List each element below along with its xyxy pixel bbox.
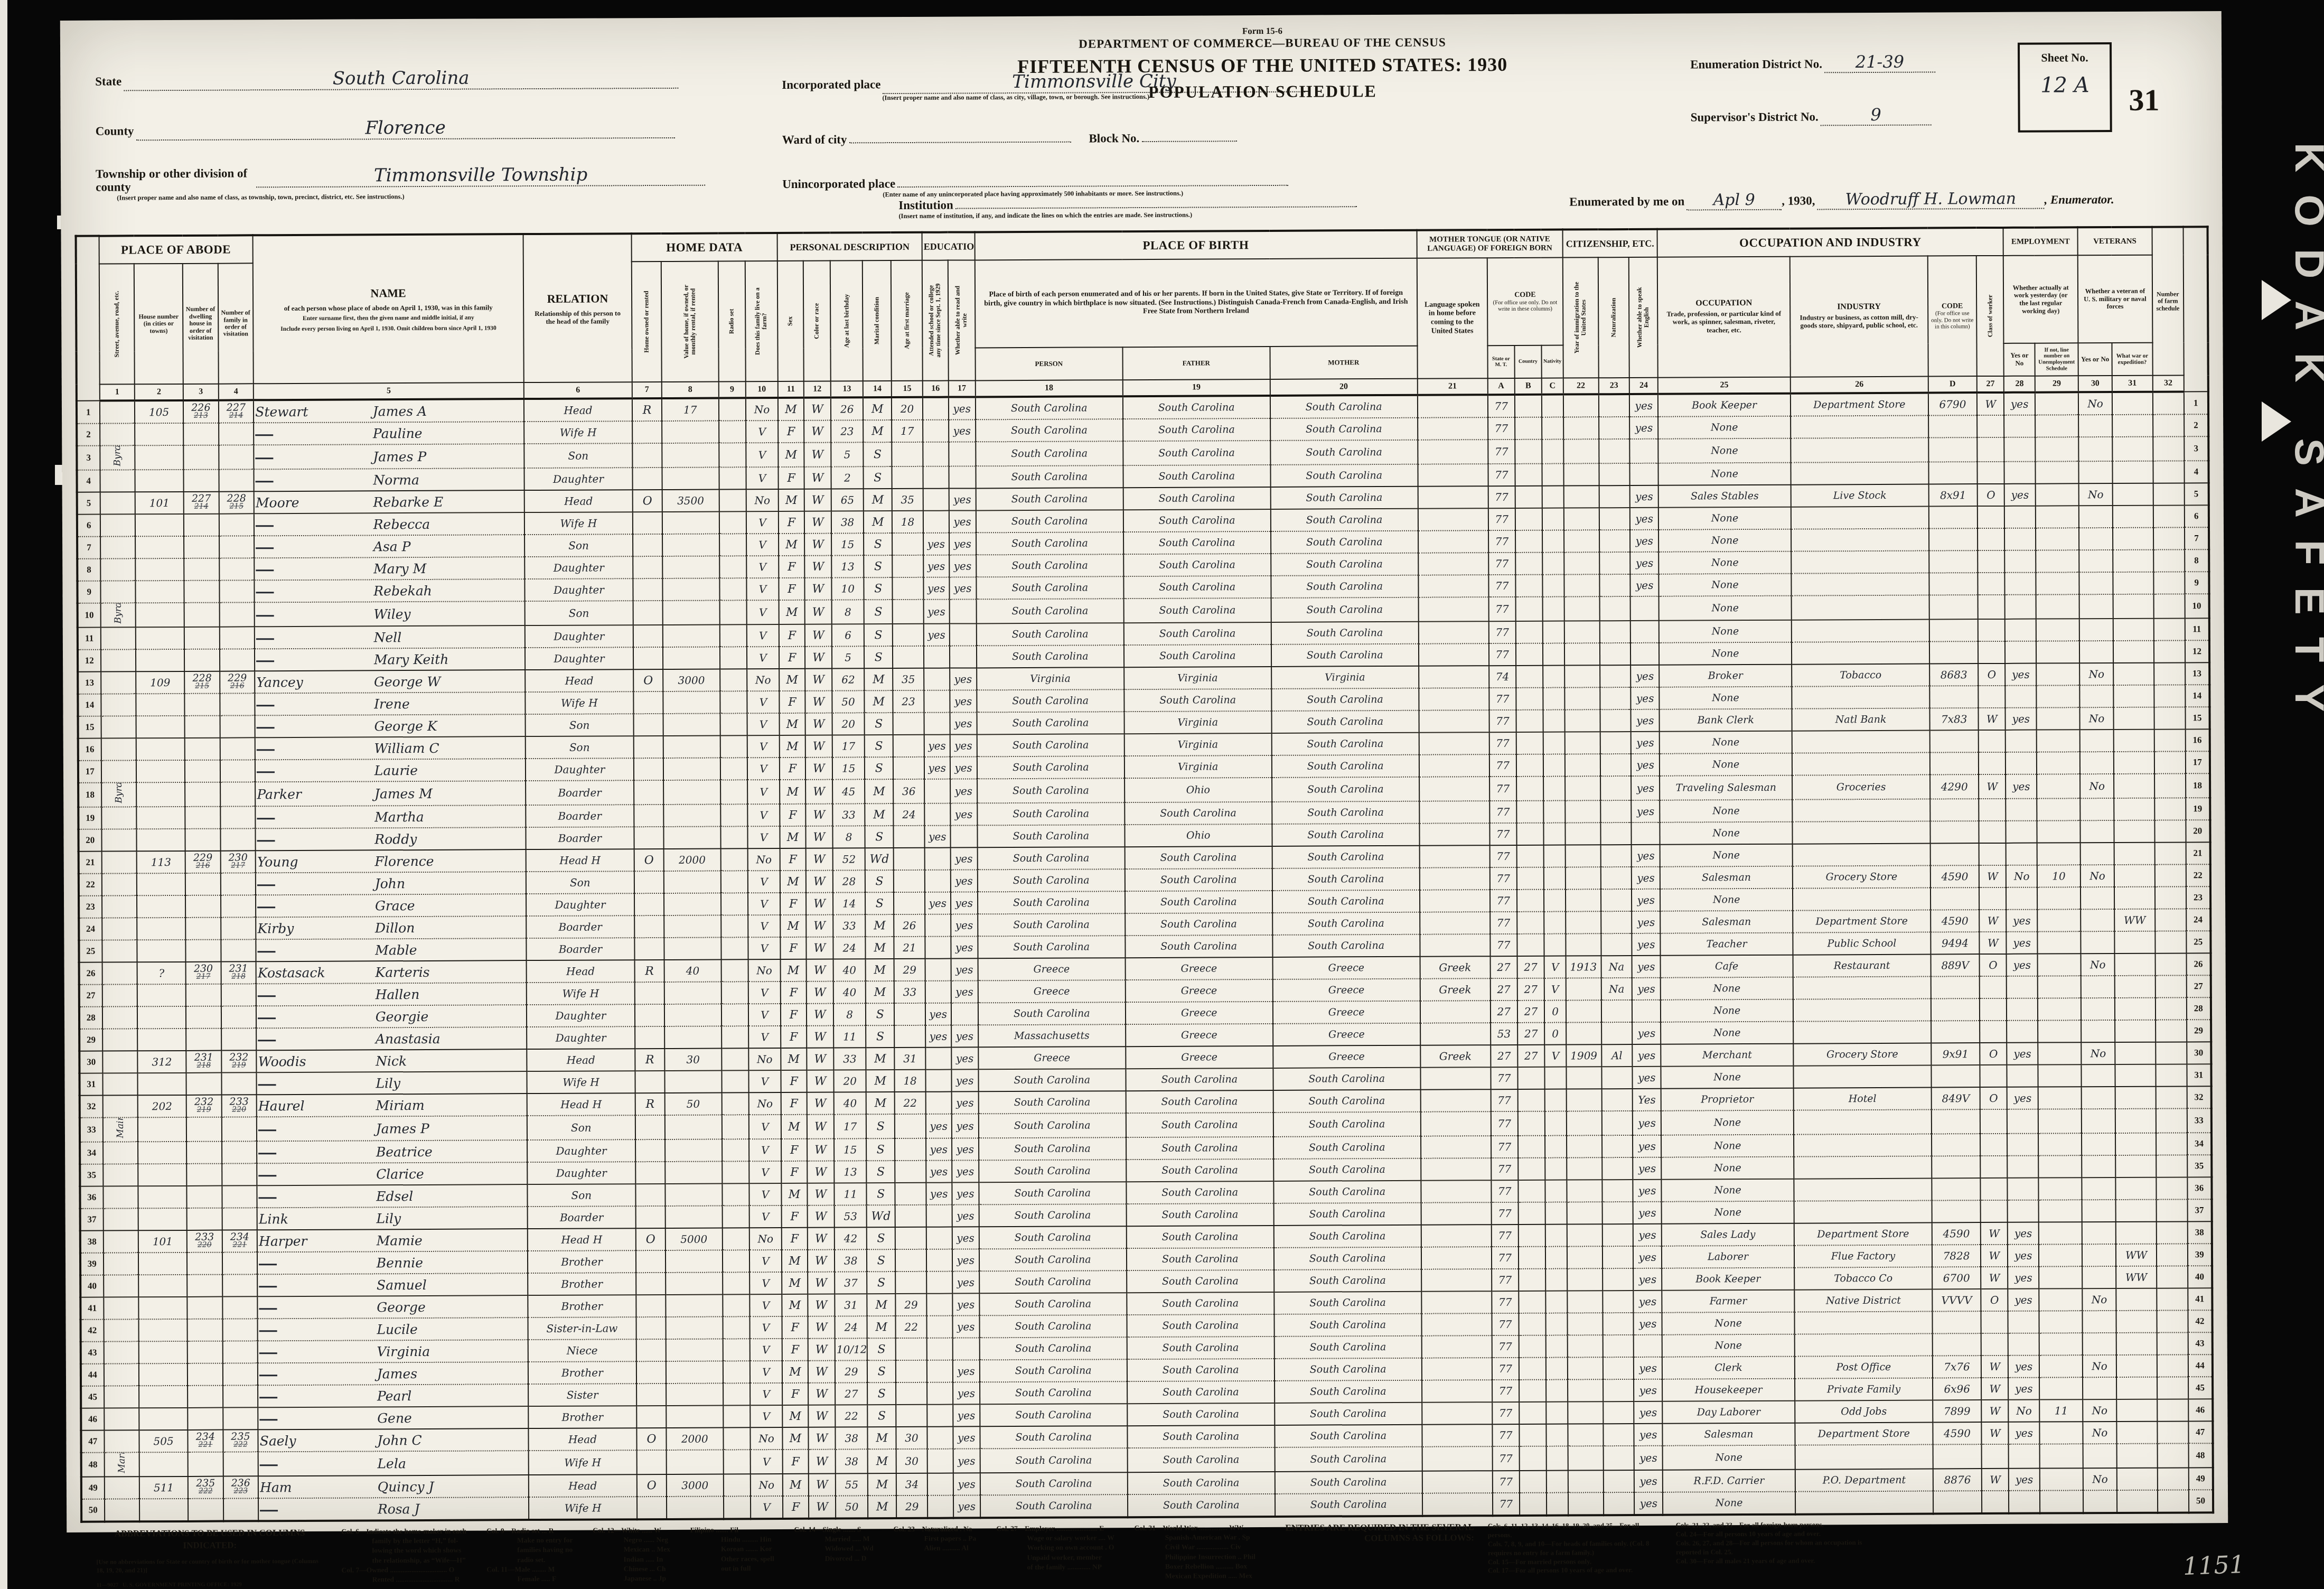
- cell-code-b: [1518, 1158, 1545, 1180]
- cell-race: W: [807, 982, 833, 1004]
- cell-code-d: [1932, 1109, 1980, 1134]
- cell-name: Grace: [256, 894, 526, 917]
- cell-unemployment-line: [2039, 1355, 2083, 1377]
- cell-relation: Daughter: [527, 1139, 635, 1162]
- cell-home-owned: [635, 1071, 664, 1093]
- cell-code-b: [1516, 754, 1543, 777]
- cell-birthplace-person: South Carolina: [976, 396, 1123, 419]
- cell-farm: V: [748, 982, 781, 1004]
- cell-speaks-english: yes: [1634, 1313, 1662, 1335]
- cell-relation: Head: [524, 490, 633, 512]
- cell-speaks-english: Yes: [1633, 1089, 1661, 1111]
- cell-relation: Head: [527, 1049, 635, 1071]
- cell-age: 2: [831, 466, 864, 489]
- cell-speaks-english: yes: [1630, 485, 1658, 508]
- cell-farm: V: [749, 1316, 782, 1339]
- cell-language: [1418, 417, 1488, 440]
- cell-code-c: [1544, 890, 1566, 912]
- cell-war: [2113, 594, 2154, 619]
- cell-code-a: 27: [1490, 956, 1517, 978]
- cell-dwelling-number: [186, 1006, 221, 1029]
- cell-code-b: [1515, 553, 1542, 575]
- cell-line-number: 36: [80, 1186, 103, 1209]
- cell-line-number-right: 8: [2185, 549, 2209, 572]
- cell-code-a: 77: [1492, 1247, 1519, 1269]
- cell-relation: Brother: [528, 1406, 636, 1428]
- cell-farm: V: [746, 443, 779, 467]
- cell-farm: V: [749, 1339, 782, 1361]
- cell-sex: F: [780, 804, 805, 826]
- cell-line-number-right: 43: [2188, 1332, 2213, 1354]
- cell-read-write: yes: [953, 1382, 980, 1404]
- cell-marital: S: [867, 1161, 895, 1183]
- cell-at-work: [2008, 1311, 2039, 1333]
- cell-house-number: [135, 558, 184, 581]
- cell-year-immigration: [1567, 1246, 1603, 1268]
- cell-farm: V: [746, 511, 779, 534]
- print-code: 11—9027: [97, 1583, 118, 1588]
- cell-naturalization: [1600, 754, 1631, 776]
- cell-industry: [1792, 620, 1929, 642]
- cell-farm-schedule: [2157, 1443, 2188, 1468]
- cell-unemployment-line: [2038, 954, 2081, 976]
- cell-radio-set: [719, 511, 746, 534]
- cell-age: 33: [833, 914, 866, 937]
- cell-home-value: [662, 443, 719, 468]
- cell-unemployment-line: [2039, 1311, 2083, 1333]
- cell-race: W: [807, 1161, 834, 1183]
- col-age-marriage-header: Age at first marriage: [891, 260, 923, 381]
- cell-at-work: [2007, 998, 2038, 1021]
- cell-sex: F: [778, 420, 804, 443]
- cell-race: W: [808, 1427, 835, 1450]
- cell-code-d: 6x96: [1933, 1378, 1981, 1400]
- cell-class-of-worker: [1978, 550, 2004, 573]
- cell-house-number: 505: [139, 1430, 188, 1452]
- cell-attended-school: yes: [924, 826, 950, 848]
- cell-speaks-english: [1630, 643, 1659, 665]
- col-naturalization-header: Naturalization: [1598, 257, 1629, 378]
- cell-farm-schedule: [2154, 618, 2185, 640]
- cell-line-number: 38: [80, 1231, 104, 1253]
- cell-code-c: [1546, 1402, 1568, 1424]
- cell-class-of-worker: W: [1977, 392, 2004, 415]
- cell-family-number: 230217: [220, 850, 256, 873]
- cell-family-number: [222, 1274, 258, 1296]
- cell-code-d: [1929, 619, 1978, 641]
- cell-unemployment-line: [2040, 1422, 2083, 1444]
- cell-speaks-english: yes: [1633, 1202, 1662, 1224]
- cell-class-of-worker: [1978, 619, 2005, 641]
- cell-birthplace-mother: South Carolina: [1273, 1181, 1421, 1203]
- cell-read-write: yes: [953, 1495, 980, 1518]
- cell-unemployment-line: [2037, 909, 2081, 931]
- cell-year-immigration: [1568, 1335, 1603, 1357]
- cell-street: [101, 671, 136, 694]
- cell-read-write: [950, 825, 977, 847]
- cell-home-value: [665, 1161, 722, 1183]
- cell-age-first-marriage: [896, 1405, 927, 1427]
- cell-industry: [1791, 507, 1929, 529]
- cell-speaks-english: yes: [1632, 933, 1661, 956]
- cell-read-write: yes: [949, 555, 976, 577]
- cell-read-write: yes: [951, 1025, 978, 1047]
- cell-code-b: [1517, 890, 1544, 912]
- cell-code-d: [1932, 1134, 1980, 1156]
- cell-year-immigration: [1565, 754, 1600, 776]
- cell-code-c: V: [1544, 978, 1566, 1001]
- cell-relation: Son: [524, 534, 633, 557]
- cell-age-first-marriage: 17: [892, 420, 923, 442]
- cell-home-owned: [636, 1384, 666, 1406]
- cell-birthplace-father: South Carolina: [1126, 1090, 1273, 1113]
- cell-home-owned: [636, 1295, 666, 1317]
- cell-speaks-english: yes: [1634, 1357, 1662, 1379]
- cell-code-a: 77: [1489, 710, 1516, 732]
- cell-birthplace-mother: South Carolina: [1270, 487, 1418, 509]
- cell-sex: F: [779, 647, 805, 669]
- cell-street: Main: [102, 1117, 138, 1142]
- cell-farm-schedule: [2153, 505, 2185, 527]
- cell-farm: V: [750, 1383, 783, 1405]
- abbrev-block: Col. 9—Radio set ... RMake no entry forf…: [486, 1526, 573, 1588]
- cell-code-c: [1545, 1247, 1567, 1269]
- cell-code-a: 77: [1491, 1202, 1518, 1225]
- cell-veteran: [2082, 1155, 2115, 1177]
- cell-code-b: [1517, 1067, 1544, 1089]
- township-value: Timmonsville Township: [374, 164, 587, 186]
- cell-code-c: [1545, 1225, 1567, 1247]
- cell-home-value: [664, 871, 721, 893]
- cell-marital: S: [865, 713, 893, 735]
- cell-attended-school: [925, 1048, 951, 1070]
- cell-code-b: 27: [1517, 956, 1544, 978]
- cell-code-a: 53: [1491, 1023, 1517, 1045]
- cell-age-first-marriage: [894, 1003, 925, 1025]
- group-place-of-abode: PLACE OF ABODE: [99, 235, 253, 264]
- cell-farm: V: [749, 1115, 782, 1139]
- cell-relation: Boarder: [526, 938, 634, 960]
- cell-age: 42: [835, 1227, 867, 1249]
- cell-naturalization: Al: [1601, 1044, 1633, 1067]
- cell-home-value: [663, 736, 720, 758]
- cell-farm-schedule: [2155, 975, 2186, 997]
- cell-street: [100, 423, 135, 445]
- cell-house-number: [135, 536, 184, 558]
- cell-unemployment-line: [2038, 1042, 2081, 1064]
- cell-war: [2114, 730, 2154, 752]
- column-number-30: 30: [2078, 376, 2112, 392]
- cell-farm: V: [747, 713, 780, 735]
- cell-age: 8: [832, 600, 865, 624]
- cell-birthplace-father: South Carolina: [1128, 1472, 1275, 1494]
- cell-code-d: [1930, 730, 1979, 752]
- cell-street: [102, 1073, 138, 1095]
- cell-naturalization: [1601, 1000, 1632, 1022]
- cell-race: W: [804, 578, 831, 600]
- cell-veteran: [2079, 641, 2113, 663]
- cell-industry: Restaurant: [1793, 955, 1931, 977]
- cell-code-a: 77: [1492, 1313, 1519, 1335]
- col-code-c-header: Nativity: [1542, 345, 1563, 378]
- cell-veteran: [2079, 506, 2113, 528]
- cell-at-work: [2006, 799, 2037, 821]
- cell-house-number: [138, 1252, 187, 1275]
- cell-radio-set: [718, 398, 745, 420]
- column-number-18: 18: [976, 380, 1123, 397]
- cell-home-value: [666, 1205, 723, 1228]
- cell-attended-school: [925, 848, 951, 870]
- state-value: South Carolina: [333, 68, 470, 89]
- cell-name: LinkLily: [257, 1207, 528, 1230]
- cell-unemployment-line: [2037, 730, 2080, 752]
- cell-dwelling-number: 228215: [184, 671, 220, 694]
- cell-line-number: 25: [79, 940, 102, 962]
- cell-age: 38: [835, 1249, 867, 1272]
- cell-veteran: [2082, 1177, 2115, 1200]
- cell-speaks-english: yes: [1631, 776, 1660, 800]
- cell-line-number-right: 22: [2186, 864, 2210, 886]
- cell-family-number: [223, 1385, 258, 1407]
- cell-marital: S: [864, 442, 892, 466]
- column-number-7: 7: [632, 382, 662, 398]
- cell-family-number: [222, 1319, 258, 1341]
- cell-street: [101, 694, 136, 716]
- cell-line-number-right: 7: [2185, 527, 2209, 549]
- cell-marital: S: [865, 757, 893, 779]
- cell-home-value: 30: [664, 1048, 721, 1070]
- cell-line-number: 28: [79, 1007, 102, 1029]
- cell-year-immigration: [1565, 800, 1600, 822]
- cell-marital: M: [863, 420, 892, 442]
- cell-language: [1418, 553, 1488, 575]
- cell-dwelling-number: [184, 581, 220, 603]
- cell-code-b: [1515, 575, 1542, 597]
- cell-code-c: [1543, 710, 1565, 732]
- col-race-header: Color or race: [803, 261, 831, 381]
- cell-name: Hallen: [256, 983, 527, 1006]
- cell-speaks-english: yes: [1630, 508, 1658, 530]
- cell-marital: S: [864, 577, 893, 600]
- cell-attended-school: [924, 646, 950, 668]
- cell-farm: V: [747, 804, 780, 826]
- cell-veteran: No: [2081, 865, 2114, 887]
- cell-war: [2117, 1490, 2158, 1513]
- cell-war: [2114, 707, 2154, 730]
- cell-relation: Son: [526, 871, 634, 894]
- cell-line-number: 3: [77, 446, 100, 470]
- cell-birthplace-mother: South Carolina: [1273, 1225, 1421, 1248]
- cell-farm-schedule: [2157, 1310, 2188, 1332]
- cell-age: 5: [832, 646, 865, 668]
- cell-age: 40: [833, 981, 866, 1003]
- cell-line-number-right: 49: [2188, 1468, 2213, 1490]
- cell-line-number-right: 27: [2186, 975, 2211, 997]
- cell-industry: Department Store: [1795, 1422, 1933, 1445]
- cell-unemployment-line: 11: [2039, 1399, 2083, 1422]
- cell-birthplace-mother: South Carolina: [1272, 846, 1419, 868]
- cell-family-number: 235222: [223, 1429, 258, 1452]
- cell-naturalization: [1603, 1335, 1634, 1357]
- cell-read-write: yes: [950, 668, 977, 690]
- cell-naturalization: [1602, 1202, 1633, 1224]
- cell-relation: Daughter: [526, 758, 634, 781]
- cell-age: 53: [835, 1205, 867, 1227]
- cell-age: 6: [832, 624, 865, 646]
- cell-class-of-worker: W: [1982, 1469, 2009, 1491]
- cell-class-of-worker: O: [1978, 484, 2004, 506]
- cell-birthplace-father: South Carolina: [1123, 509, 1271, 532]
- cell-sex: F: [780, 848, 806, 871]
- cell-dwelling-number: [187, 1186, 222, 1208]
- cell-name: James P: [257, 1116, 527, 1141]
- cell-age: 20: [832, 713, 865, 735]
- cell-naturalization: [1601, 1089, 1633, 1111]
- cell-language: [1420, 1001, 1491, 1023]
- cell-birthplace-father: South Carolina: [1125, 935, 1272, 958]
- cell-unemployment-line: [2036, 506, 2079, 528]
- cell-class-of-worker: W: [1981, 1356, 2008, 1378]
- cell-war: [2116, 1288, 2157, 1311]
- cell-year-immigration: [1564, 574, 1599, 596]
- cell-class-of-worker: [1978, 573, 2004, 595]
- cell-family-number: [220, 737, 255, 760]
- cell-naturalization: [1603, 1268, 1634, 1291]
- cell-code-c: [1545, 1136, 1567, 1158]
- cell-age: 11: [833, 1025, 866, 1048]
- cell-farm: V: [749, 1272, 782, 1294]
- cell-radio-set: [721, 982, 748, 1004]
- cell-family-number: [221, 895, 256, 917]
- cell-speaks-english: [1632, 1000, 1661, 1022]
- cell-line-number-right: 25: [2186, 931, 2211, 953]
- cell-farm: V: [750, 1361, 783, 1383]
- cell-birthplace-mother: South Carolina: [1275, 1493, 1422, 1517]
- cell-birthplace-father: South Carolina: [1125, 891, 1272, 913]
- cell-line-number-right: 42: [2188, 1310, 2213, 1332]
- cell-attended-school: [923, 397, 949, 420]
- cell-race: W: [809, 1496, 836, 1519]
- cell-street: [101, 760, 136, 782]
- cell-industry: Post Office: [1795, 1356, 1933, 1378]
- cell-radio-set: [720, 826, 747, 848]
- cell-language: [1421, 1335, 1492, 1358]
- cell-year-immigration: [1564, 485, 1599, 508]
- cell-birthplace-mother: South Carolina: [1273, 1203, 1421, 1226]
- cell-at-work: [2006, 752, 2037, 774]
- cell-class-of-worker: [1980, 1178, 2007, 1200]
- cell-birthplace-father: Greece: [1126, 1024, 1273, 1046]
- cell-class-of-worker: [1980, 998, 2007, 1021]
- cell-naturalization: Na: [1601, 978, 1632, 1000]
- cell-name: Clarice: [257, 1162, 527, 1185]
- cell-year-immigration: [1567, 1291, 1603, 1313]
- cell-veteran: No: [2079, 483, 2113, 506]
- cell-street: [104, 1363, 139, 1386]
- cell-birthplace-person: South Carolina: [978, 913, 1125, 936]
- cell-race: W: [808, 1316, 835, 1339]
- cell-relation: Wife H: [527, 1071, 635, 1093]
- cell-speaks-english: [1632, 822, 1660, 845]
- cell-industry: Native District: [1794, 1289, 1932, 1312]
- abbrev-block: Col. 6—Indicate the home-maker in eachfa…: [341, 1527, 466, 1588]
- cell-dwelling-number: [186, 1117, 222, 1142]
- cell-year-immigration: [1564, 643, 1600, 665]
- cell-code-c: [1545, 1202, 1567, 1225]
- cell-read-write: yes: [952, 1360, 979, 1382]
- cell-farm: No: [748, 1048, 781, 1070]
- department-title: DEPARTMENT OF COMMERCE—BUREAU OF THE CEN…: [866, 35, 1658, 52]
- cell-code-d: 8683: [1929, 663, 1978, 686]
- cell-code-b: [1516, 823, 1543, 845]
- cell-farm-schedule: [2156, 1042, 2187, 1064]
- cell-war: WW: [2114, 909, 2155, 931]
- cell-marital: Wd: [865, 848, 894, 870]
- cell-farm-schedule: [2153, 572, 2185, 594]
- cell-home-owned: [633, 534, 662, 556]
- cell-dwelling-number: [184, 627, 220, 649]
- cell-industry: Tobacco: [1792, 664, 1929, 687]
- cell-dwelling-number: [184, 514, 219, 536]
- cell-line-number-right: 9: [2185, 572, 2209, 594]
- cell-attended-school: [926, 1316, 952, 1338]
- cell-marital: M: [867, 1316, 896, 1338]
- cell-home-owned: [634, 805, 663, 827]
- cell-year-immigration: [1567, 1157, 1602, 1180]
- cell-farm: No: [746, 489, 779, 511]
- cell-birthplace-father: Virginia: [1124, 755, 1272, 778]
- cell-marital: S: [867, 1183, 895, 1205]
- cell-relation: Daughter: [524, 556, 633, 579]
- cell-family-number: [220, 693, 255, 715]
- entries-rule: Col. 17—For all persons 10 years of age …: [1488, 1566, 1662, 1575]
- cell-class-of-worker: [1981, 1333, 2008, 1356]
- cell-street: [101, 738, 136, 760]
- cell-attended-school: yes: [926, 1114, 952, 1138]
- cell-read-write: yes: [949, 577, 976, 599]
- cell-radio-set: [721, 1115, 748, 1139]
- cell-veteran: [2083, 1490, 2117, 1513]
- cell-code-c: [1542, 508, 1564, 530]
- cell-code-b: [1516, 688, 1543, 710]
- cell-radio-set: [723, 1474, 750, 1496]
- cell-name: Mable: [256, 938, 527, 961]
- cell-code-a: 77: [1492, 1424, 1519, 1446]
- cell-house-number: 113: [137, 851, 185, 873]
- cell-name: George K: [255, 714, 526, 737]
- cell-class-of-worker: W: [1981, 1245, 2008, 1267]
- cell-attended-school: [927, 1495, 953, 1518]
- cell-radio-set: [720, 691, 747, 713]
- cell-house-number: [138, 1208, 187, 1230]
- cell-occupation: Farmer: [1662, 1290, 1794, 1313]
- cell-farm-schedule: [2158, 1468, 2189, 1490]
- cell-farm: V: [748, 915, 781, 937]
- film-arrow-icon: [2262, 280, 2291, 320]
- cell-year-immigration: [1566, 1000, 1601, 1022]
- cell-street: [102, 962, 137, 984]
- cell-code-c: [1542, 440, 1563, 464]
- cell-house-number: [138, 1117, 186, 1142]
- cell-age: 38: [836, 1449, 868, 1473]
- cell-code-d: 9x91: [1931, 1043, 1980, 1065]
- cell-farm: V: [749, 1250, 782, 1272]
- cell-code-d: [1932, 1200, 1981, 1222]
- cell-language: [1418, 575, 1488, 597]
- cell-race: W: [807, 1092, 833, 1115]
- cell-farm: V: [747, 826, 780, 848]
- cell-birthplace-mother: South Carolina: [1273, 1158, 1421, 1181]
